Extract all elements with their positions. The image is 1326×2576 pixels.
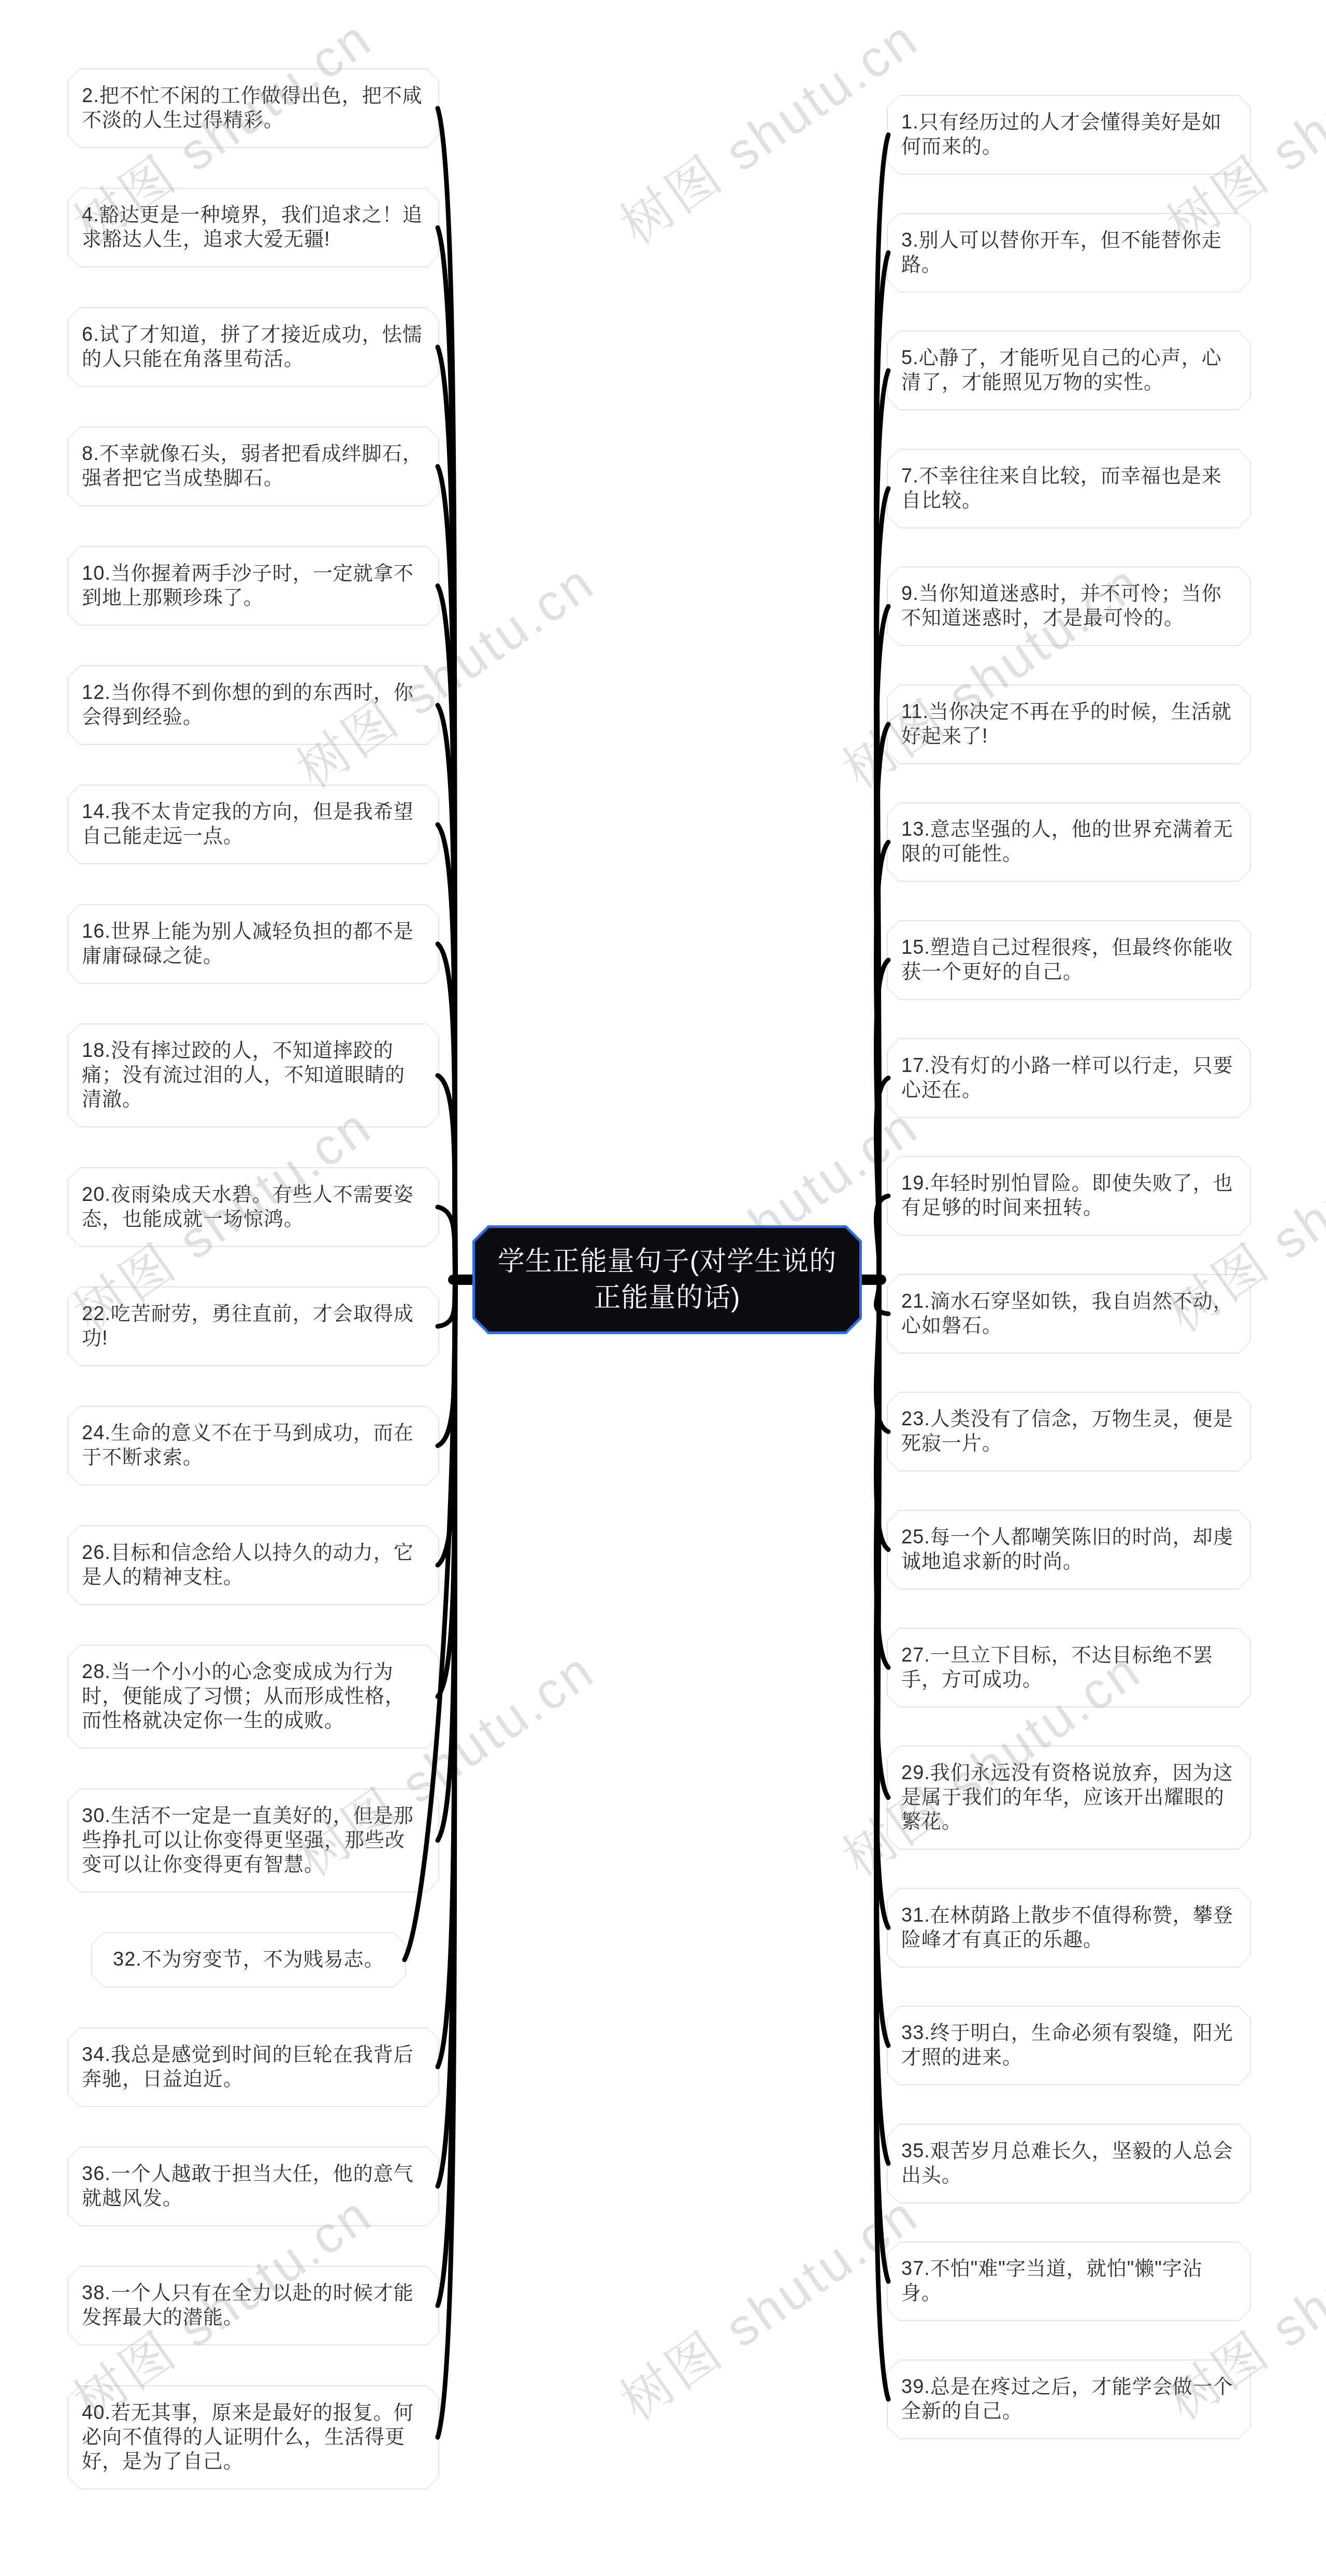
quote-box[interactable]: 25.每一个人都嘲笑陈旧的时尚，却虔诚地追求新的时尚。: [887, 1510, 1251, 1590]
quote-box[interactable]: 37.不怕"难"字当道，就怕"懒"字沾身。: [887, 2241, 1251, 2321]
central-topic-node[interactable]: 学生正能量句子(对学生说的正能量的话): [472, 1225, 862, 1334]
quote-text: 30.生活不一定是一直美好的，但是那些挣扎可以让你变得更坚强，那些改变可以让你变…: [68, 1790, 438, 1892]
quote-box[interactable]: 29.我们永远没有资格说放弃，因为这是属于我们的年华，应该开出耀眼的繁花。: [887, 1745, 1251, 1850]
quote-text: 2.把不忙不闲的工作做得出色，把不咸不淡的人生过得精彩。: [68, 69, 438, 147]
quote-box[interactable]: 21.滴水石穿坚如铁，我自岿然不动，心如磐石。: [887, 1274, 1251, 1354]
central-topic-text: 学生正能量句子(对学生说的正能量的话): [475, 1228, 859, 1332]
quote-text: 19.年轻时别怕冒险。即使失败了，也有足够的时间来扭转。: [888, 1157, 1250, 1235]
quote-text: 39.总是在疼过之后，才能学会做一个全新的自己。: [888, 2360, 1250, 2438]
quote-box[interactable]: 28.当一个小小的心念变成成为行为时，便能成了习惯；从而形成性格，而性格就决定你…: [67, 1644, 439, 1749]
quote-box[interactable]: 38.一个人只有在全力以赴的时候才能发挥最大的潜能。: [67, 2266, 439, 2345]
quote-box[interactable]: 3.别人可以替你开车，但不能替你走路。: [887, 213, 1251, 293]
quote-text: 38.一个人只有在全力以赴的时候才能发挥最大的潜能。: [68, 2267, 438, 2344]
quote-box[interactable]: 35.艰苦岁月总难长久，坚毅的人总会出头。: [887, 2124, 1251, 2203]
quote-text: 4.豁达更是一种境界，我们追求之！追求豁达人生，追求大爱无疆!: [68, 189, 438, 266]
quote-text: 37.不怕"难"字当道，就怕"懒"字沾身。: [888, 2242, 1250, 2320]
quote-text: 7.不幸往往来自比较，而幸福也是来自比较。: [888, 450, 1250, 527]
quote-text: 5.心静了，才能听见自己的心声，心清了，才能照见万物的实性。: [888, 332, 1250, 409]
quote-text: 34.我总是感觉到时间的巨轮在我背后奔驰，日益迫近。: [68, 2028, 438, 2106]
quote-box[interactable]: 30.生活不一定是一直美好的，但是那些挣扎可以让你变得更坚强，那些改变可以让你变…: [67, 1788, 439, 1893]
quote-text: 14.我不太肯定我的方向，但是我希望自己能走远一点。: [68, 785, 438, 863]
mindmap-canvas: 2.把不忙不闲的工作做得出色，把不咸不淡的人生过得精彩。 4.豁达更是一种境界，…: [0, 0, 1326, 2576]
quote-box[interactable]: 4.豁达更是一种境界，我们追求之！追求豁达人生，追求大爱无疆!: [67, 188, 439, 267]
quote-box[interactable]: 6.试了才知道，拼了才接近成功，怯懦的人只能在角落里苟活。: [67, 307, 439, 387]
quote-box[interactable]: 27.一旦立下目标，不达目标绝不罢手，方可成功。: [887, 1628, 1251, 1708]
quote-box[interactable]: 5.心静了，才能听见自己的心声，心清了，才能照见万物的实性。: [887, 331, 1251, 410]
quote-text: 28.当一个小小的心念变成成为行为时，便能成了习惯；从而形成性格，而性格就决定你…: [68, 1645, 438, 1748]
watermark-text: 树图 shutu.cn: [603, 0, 931, 259]
quote-box[interactable]: 22.吃苦耐劳，勇往直前，才会取得成功!: [67, 1286, 439, 1366]
quote-box[interactable]: 10.当你握着两手沙子时，一定就拿不到地上那颗珍珠了。: [67, 546, 439, 626]
quote-box[interactable]: 16.世界上能为别人减轻负担的都不是庸庸碌碌之徒。: [67, 904, 439, 984]
quote-box[interactable]: 19.年轻时别怕冒险。即使失败了，也有足够的时间来扭转。: [887, 1156, 1251, 1236]
quote-text: 20.夜雨染成天水碧。有些人不需要姿态，也能成就一场惊鸿。: [68, 1168, 438, 1246]
quote-box[interactable]: 11.当你决定不再在乎的时候，生活就好起来了!: [887, 684, 1251, 764]
quote-box[interactable]: 8.不幸就像石头，弱者把看成绊脚石，强者把它当成垫脚石。: [67, 426, 439, 506]
quote-box[interactable]: 14.我不太肯定我的方向，但是我希望自己能走远一点。: [67, 784, 439, 864]
quote-text: 36.一个人越敢于担当大任，他的意气就越风发。: [68, 2148, 438, 2225]
quote-text: 13.意志坚强的人，他的世界充满着无限的可能性。: [888, 803, 1250, 881]
right-branch-column: 1.只有经历过的人才会懂得美好是如何而来的。 3.别人可以替你开车，但不能替你走…: [887, 95, 1251, 2439]
quote-text: 11.当你决定不再在乎的时候，生活就好起来了!: [888, 685, 1250, 763]
quote-text: 33.终于明白，生命必须有裂缝，阳光才照的进来。: [888, 2007, 1250, 2084]
quote-text: 22.吃苦耐劳，勇往直前，才会取得成功!: [68, 1287, 438, 1365]
quote-box[interactable]: 20.夜雨染成天水碧。有些人不需要姿态，也能成就一场惊鸿。: [67, 1167, 439, 1247]
quote-box[interactable]: 7.不幸往往来自比较，而幸福也是来自比较。: [887, 449, 1251, 528]
quote-box[interactable]: 18.没有摔过跤的人，不知道摔跤的痛；没有流过泪的人，不知道眼睛的清澈。: [67, 1023, 439, 1127]
quote-box[interactable]: 34.我总是感觉到时间的巨轮在我背后奔驰，日益迫近。: [67, 2027, 439, 2107]
quote-box[interactable]: 24.生命的意义不在于马到成功，而在于不断求索。: [67, 1406, 439, 1485]
quote-box[interactable]: 17.没有灯的小路一样可以行走，只要心还在。: [887, 1038, 1251, 1118]
quote-text: 21.滴水石穿坚如铁，我自岿然不动，心如磐石。: [888, 1275, 1250, 1353]
quote-text: 29.我们永远没有资格说放弃，因为这是属于我们的年华，应该开出耀眼的繁花。: [888, 1747, 1250, 1849]
quote-box[interactable]: 26.目标和信念给人以持久的动力，它是人的精神支柱。: [67, 1525, 439, 1605]
quote-text: 16.世界上能为别人减轻负担的都不是庸庸碌碌之徒。: [68, 905, 438, 983]
quote-box[interactable]: 1.只有经历过的人才会懂得美好是如何而来的。: [887, 95, 1251, 175]
quote-text: 35.艰苦岁月总难长久，坚毅的人总会出头。: [888, 2125, 1250, 2202]
quote-text: 26.目标和信念给人以持久的动力，它是人的精神支柱。: [68, 1526, 438, 1604]
quote-text: 12.当你得不到你想的到的东西时，你会得到经验。: [68, 666, 438, 744]
quote-text: 6.试了才知道，拼了才接近成功，怯懦的人只能在角落里苟活。: [68, 308, 438, 386]
quote-text: 15.塑造自己过程很疼，但最终你能收获一个更好的自己。: [888, 921, 1250, 999]
quote-box[interactable]: 15.塑造自己过程很疼，但最终你能收获一个更好的自己。: [887, 920, 1251, 1000]
quote-text: 24.生命的意义不在于马到成功，而在于不断求索。: [68, 1407, 438, 1484]
watermark-text: 树图 shutu.cn: [603, 2173, 931, 2434]
quote-text: 25.每一个人都嘲笑陈旧的时尚，却虔诚地追求新的时尚。: [888, 1511, 1250, 1588]
quote-box[interactable]: 2.把不忙不闲的工作做得出色，把不咸不淡的人生过得精彩。: [67, 68, 439, 148]
quote-box[interactable]: 9.当你知道迷惑时，并不可怜；当你不知道迷惑时，才是最可怜的。: [887, 566, 1251, 646]
quote-box[interactable]: 40.若无其事，原来是最好的报复。何必向不值得的人证明什么，生活得更好，是为了自…: [67, 2385, 439, 2489]
quote-text: 31.在林荫路上散步不值得称赞，攀登险峰才有真正的乐趣。: [888, 1889, 1250, 1967]
quote-text: 9.当你知道迷惑时，并不可怜；当你不知道迷惑时，才是最可怜的。: [888, 567, 1250, 645]
quote-text: 23.人类没有了信念，万物生灵，便是死寂一片。: [888, 1393, 1250, 1470]
quote-text: 32.不为穷变节，不为贱易志。: [92, 1933, 405, 1986]
quote-text: 40.若无其事，原来是最好的报复。何必向不值得的人证明什么，生活得更好，是为了自…: [68, 2386, 438, 2488]
quote-box[interactable]: 23.人类没有了信念，万物生灵，便是死寂一片。: [887, 1392, 1251, 1471]
quote-text: 18.没有摔过跤的人，不知道摔跤的痛；没有流过泪的人，不知道眼睛的清澈。: [68, 1024, 438, 1126]
quote-box[interactable]: 32.不为穷变节，不为贱易志。: [91, 1932, 406, 1987]
quote-text: 17.没有灯的小路一样可以行走，只要心还在。: [888, 1039, 1250, 1117]
quote-box[interactable]: 33.终于明白，生命必须有裂缝，阳光才照的进来。: [887, 2006, 1251, 2085]
quote-text: 8.不幸就像石头，弱者把看成绊脚石，强者把它当成垫脚石。: [68, 427, 438, 505]
quote-box[interactable]: 13.意志坚强的人，他的世界充满着无限的可能性。: [887, 802, 1251, 882]
quote-box[interactable]: 36.一个人越敢于担当大任，他的意气就越风发。: [67, 2146, 439, 2226]
quote-box[interactable]: 39.总是在疼过之后，才能学会做一个全新的自己。: [887, 2359, 1251, 2439]
quote-text: 27.一旦立下目标，不达目标绝不罢手，方可成功。: [888, 1629, 1250, 1707]
quote-text: 3.别人可以替你开车，但不能替你走路。: [888, 214, 1250, 292]
quote-box[interactable]: 31.在林荫路上散步不值得称赞，攀登险峰才有真正的乐趣。: [887, 1888, 1251, 1968]
quote-box[interactable]: 12.当你得不到你想的到的东西时，你会得到经验。: [67, 665, 439, 745]
quote-text: 10.当你握着两手沙子时，一定就拿不到地上那颗珍珠了。: [68, 547, 438, 625]
left-branch-column: 2.把不忙不闲的工作做得出色，把不咸不淡的人生过得精彩。 4.豁达更是一种境界，…: [67, 68, 439, 2489]
quote-text: 1.只有经历过的人才会懂得美好是如何而来的。: [888, 96, 1250, 174]
